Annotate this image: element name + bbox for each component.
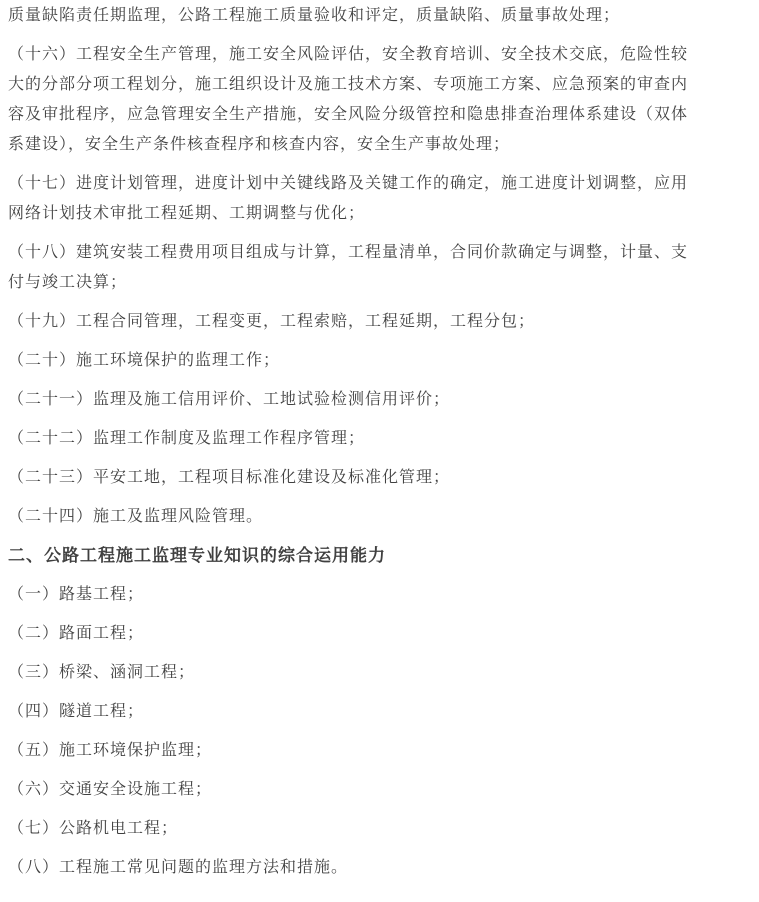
list-item-22: （二十二）监理工作制度及监理工作程序管理； [8,424,698,454]
list-item-3: （三）桥梁、涵洞工程； [8,658,698,688]
section-two-heading: 二、公路工程施工监理专业知识的综合运用能力 [8,541,698,571]
list-item-17: （十七）进度计划管理，进度计划中关键线路及关键工作的确定，施工进度计划调整，应用… [8,169,698,229]
list-item-7: （七）公路机电工程； [8,814,698,844]
list-item-16: （十六）工程安全生产管理，施工安全风险评估，安全教育培训、安全技术交底，危险性较… [8,40,698,160]
list-item-4: （四）隧道工程； [8,697,698,727]
list-item-5: （五）施工环境保护监理； [8,736,698,766]
list-item-20: （二十）施工环境保护的监理工作； [8,346,698,376]
list-item-19: （十九）工程合同管理，工程变更，工程索赔，工程延期，工程分包； [8,307,698,337]
continued-paragraph: 质量缺陷责任期监理，公路工程施工质量验收和评定，质量缺陷、质量事故处理； [8,1,698,31]
list-item-6: （六）交通安全设施工程； [8,775,698,805]
article-body: 质量缺陷责任期监理，公路工程施工质量验收和评定，质量缺陷、质量事故处理； （十六… [0,0,759,902]
list-item-8: （八）工程施工常见问题的监理方法和措施。 [8,853,698,883]
list-item-1: （一）路基工程； [8,580,698,610]
list-item-23: （二十三）平安工地，工程项目标准化建设及标准化管理； [8,463,698,493]
list-item-2: （二）路面工程； [8,619,698,649]
list-item-21: （二十一）监理及施工信用评价、工地试验检测信用评价； [8,385,698,415]
list-item-24: （二十四）施工及监理风险管理。 [8,502,698,532]
list-item-18: （十八）建筑安装工程费用项目组成与计算，工程量清单，合同价款确定与调整，计量、支… [8,238,698,298]
